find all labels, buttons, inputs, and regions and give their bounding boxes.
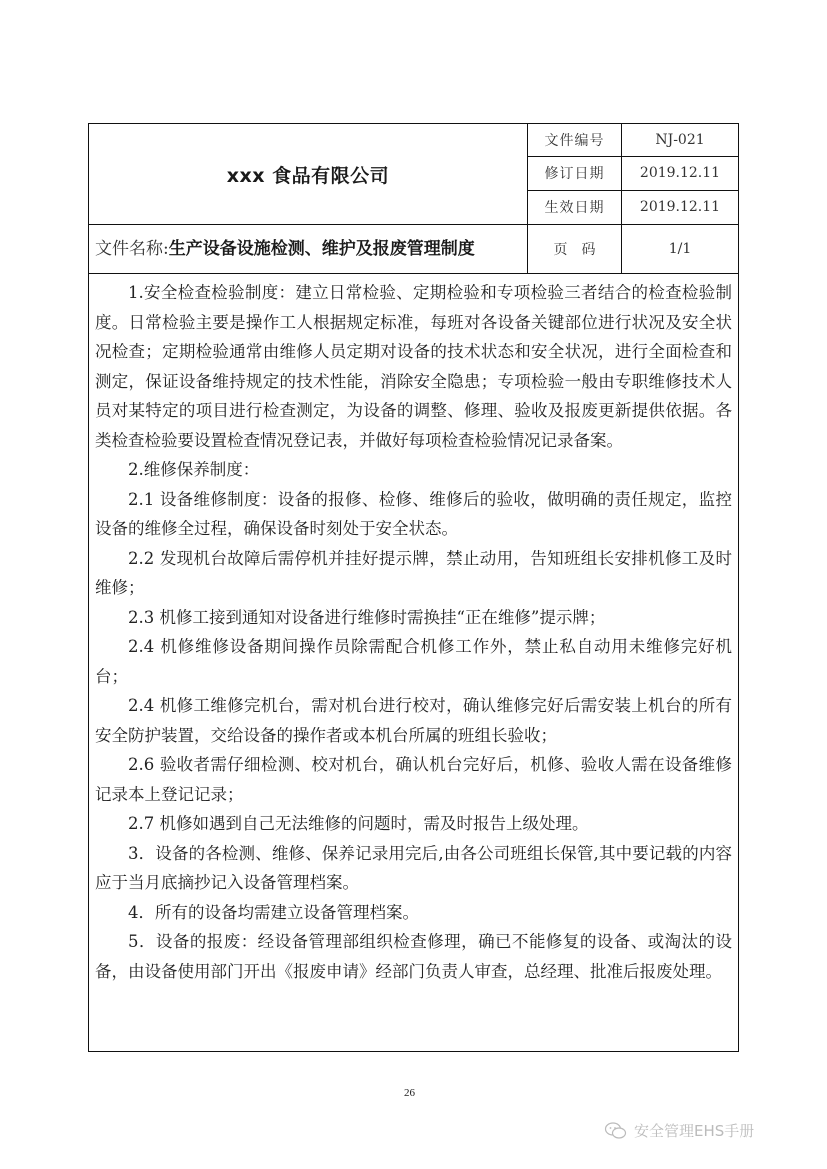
paragraph: 5．设备的报废：经设备管理部组织检查修理，确已不能修复的设备、或淘汰的设备，由设… [95, 927, 732, 986]
paragraph: 2.7 机修如遇到自己无法维修的问题时，需及时报告上级处理。 [95, 809, 732, 839]
paragraph: 2.3 机修工接到通知对设备进行维修时需换挂“正在维修”提示牌； [95, 603, 732, 633]
page-value: 1/1 [622, 225, 738, 273]
paragraph: 3．设备的各检测、维修、保养记录用完后,由各公司班组长保管,其中要记载的内容应于… [95, 839, 732, 898]
paragraph: 2.维修保养制度： [95, 455, 732, 485]
company-name: xxx 食品有限公司 [227, 161, 389, 188]
watermark: 安全管理EHS手册 [604, 1120, 754, 1141]
watermark-text: 安全管理EHS手册 [634, 1120, 754, 1141]
meta-label: 修订日期 [528, 157, 622, 189]
paragraph: 2.1 设备维修制度：设备的报修、检修、维修后的验收，做明确的责任规定，监控设备… [95, 485, 732, 544]
paragraph: 2.6 验收者需仔细检测、校对机台，确认机台完好后，机修、验收人需在设备维修记录… [95, 750, 732, 809]
paragraph: 1.安全检查检验制度：建立日常检验、定期检验和专项检验三者结合的检查检验制度。日… [95, 278, 732, 455]
meta-row-doc-number: 文件编号 NJ-021 [528, 124, 738, 157]
paragraph: 2.4 机修工维修完机台，需对机台进行校对，确认维修完好后需安装上机台的所有安全… [95, 691, 732, 750]
title-label: 文件名称: [95, 239, 169, 259]
paragraph: 2.2 发现机台故障后需停机并挂好提示牌，禁止动用，告知班组长安排机修工及时维修… [95, 544, 732, 603]
meta-row-effective-date: 生效日期 2019.12.11 [528, 191, 738, 224]
page-number: 26 [404, 1087, 415, 1099]
meta-row-revision-date: 修订日期 2019.12.11 [528, 157, 738, 190]
meta-label: 文件编号 [528, 124, 622, 156]
meta-value: NJ-021 [622, 124, 738, 156]
meta-block: 文件编号 NJ-021 修订日期 2019.12.11 生效日期 2019.12… [528, 124, 738, 224]
paragraph: 2.4 机修维修设备期间操作员除需配合机修工作外，禁止私自动用未维修完好机台； [95, 632, 732, 691]
document-table: xxx 食品有限公司 文件编号 NJ-021 修订日期 2019.12.11 生… [88, 123, 739, 1052]
document-title: 生产设备设施检测、维护及报废管理制度 [169, 239, 475, 259]
company-cell: xxx 食品有限公司 [89, 124, 528, 224]
wechat-icon [604, 1121, 628, 1141]
meta-value: 2019.12.11 [622, 157, 738, 189]
meta-value: 2019.12.11 [622, 191, 738, 224]
paragraph: 4．所有的设备均需建立设备管理档案。 [95, 898, 732, 928]
meta-label: 生效日期 [528, 191, 622, 224]
title-row: 文件名称:生产设备设施检测、维护及报废管理制度 页码 1/1 [89, 225, 738, 274]
document-body: 1.安全检查检验制度：建立日常检验、定期检验和专项检验三者结合的检查检验制度。日… [89, 274, 738, 1051]
header-section: xxx 食品有限公司 文件编号 NJ-021 修订日期 2019.12.11 生… [89, 124, 738, 225]
page-label: 页码 [528, 225, 622, 273]
document-title-cell: 文件名称:生产设备设施检测、维护及报废管理制度 [89, 225, 528, 273]
